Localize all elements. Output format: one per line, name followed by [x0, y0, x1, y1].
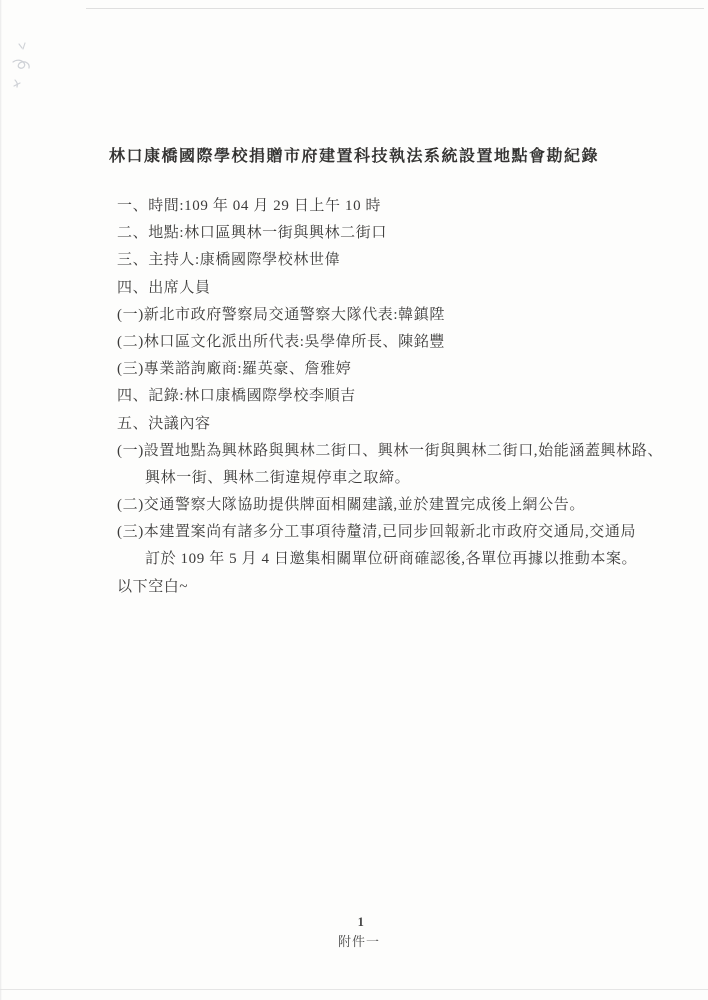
line-chairperson: 三、主持人:康橋國際學校林世偉: [117, 247, 678, 274]
scan-edge-bottom: [0, 989, 708, 990]
line-blank-below: 以下空白~: [117, 574, 678, 601]
document-footer: 1 附件一: [0, 915, 708, 950]
line-recorder: 四、記錄:林口康橋國際學校李順吉: [117, 383, 678, 410]
attachment-label: 附件一: [0, 931, 708, 950]
line-resolutions-header: 五、決議內容: [117, 411, 678, 438]
line-attendee-3: (三)專業諮詢廠商:羅英豪、詹雅婷: [117, 356, 678, 383]
scan-edge-top: [86, 8, 704, 9]
line-attendee-1: (一)新北市政府警察局交通警察大隊代表:韓鎮陞: [117, 302, 678, 329]
handwritten-scribble-mark: [5, 40, 45, 98]
line-resolution-2: (二)交通警察大隊協助提供牌面相關建議,並於建置完成後上網公告。: [117, 492, 678, 519]
page-number: 1: [0, 915, 708, 930]
line-resolution-1: (一)設置地點為興林路與興林二街口、興林一街與興林二街口,始能涵蓋興林路、: [117, 438, 678, 465]
line-attendee-2: (二)林口區文化派出所代表:吳學偉所長、陳銘豐: [117, 329, 678, 356]
line-resolution-3-cont: 訂於 109 年 5 月 4 日邀集相關單位研商確認後,各單位再據以推動本案。: [117, 546, 678, 573]
line-time: 一、時間:109 年 04 月 29 日上午 10 時: [117, 193, 678, 220]
scanned-document-page: 林口康橋國際學校捐贈市府建置科技執法系統設置地點會勘紀錄 一、時間:109 年 …: [0, 0, 708, 1000]
line-attendees-header: 四、出席人員: [117, 275, 678, 302]
document-body: 一、時間:109 年 04 月 29 日上午 10 時 二、地點:林口區興林一街…: [117, 193, 678, 601]
line-location: 二、地點:林口區興林一街與興林二街口: [117, 220, 678, 247]
line-resolution-1-cont: 興林一街、興林二街違規停車之取締。: [117, 465, 678, 492]
line-resolution-3: (三)本建置案尚有諸多分工事項待釐清,已同步回報新北市政府交通局,交通局: [117, 519, 678, 546]
document-title: 林口康橋國際學校捐贈市府建置科技執法系統設置地點會勘紀錄: [0, 143, 708, 166]
